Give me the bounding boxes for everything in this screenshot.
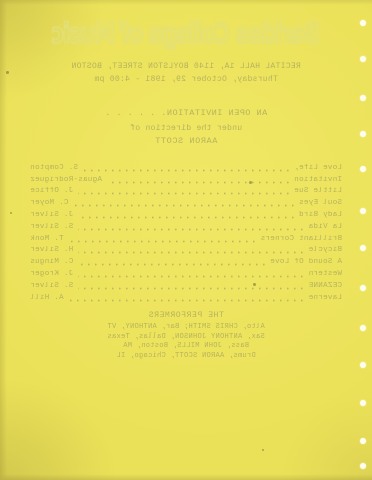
- venue-line: RECITAL HALL 1A, 1140 BOYLSTON STREET, B…: [0, 62, 372, 71]
- dotted-leader: [78, 283, 303, 290]
- paper-speck: [262, 449, 264, 451]
- program-title: Lady Bird: [299, 211, 342, 219]
- program-performer: H. Silver: [30, 246, 73, 254]
- berklee-logo-text: Berklee College of Music: [0, 18, 372, 49]
- binding-hole: [360, 325, 366, 331]
- program-performer: S. Compton: [30, 164, 78, 172]
- program-title: La Vida: [308, 223, 342, 231]
- program-title: Soul Eyes: [299, 199, 342, 207]
- program-row: Brilliant CornersT. Monk: [30, 231, 342, 243]
- program-row: WesternJ. Kroger: [30, 266, 342, 278]
- performers-heading: THE PERFORMERS: [0, 311, 372, 320]
- program-row: Little SueJ. Office: [30, 184, 342, 196]
- dotted-leader: [78, 247, 303, 254]
- dotted-leader: [78, 224, 303, 231]
- binding-hole: [360, 95, 366, 101]
- dotted-leader: [73, 200, 293, 207]
- program-title: A Sound Of Love: [270, 258, 342, 266]
- program-performer: C. Moyer: [30, 199, 68, 207]
- program-title: Invitation: [294, 176, 342, 184]
- paper-speck: [10, 212, 12, 214]
- program-performer: S. Silver: [30, 282, 73, 290]
- program-title: Love Life,: [294, 164, 342, 172]
- paper-speck: [6, 71, 9, 74]
- paper-speck: [253, 283, 256, 286]
- program-performer: J. Silver: [30, 211, 73, 219]
- paper-speck: [249, 181, 252, 184]
- program-row: BicycleH. Silver: [30, 243, 342, 255]
- direction-line: under the direction of: [0, 124, 372, 133]
- program-row: InvitationAguas-Rodriguez: [30, 172, 342, 184]
- program-title: Laverne: [308, 294, 342, 302]
- program-performer: A. Hill: [30, 294, 64, 302]
- binding-hole: [360, 208, 366, 214]
- binding-hole: [360, 400, 366, 406]
- performer-line: Bass, JOHN MILLS, Boston, MA: [0, 342, 372, 352]
- binding-hole: [360, 245, 366, 251]
- dotted-leader: [78, 259, 265, 266]
- program-title: Little Sue: [294, 187, 342, 195]
- datetime-line: Thursday, October 29, 1981 - 4:00 pm: [0, 75, 372, 84]
- program-title: Brilliant Corners: [260, 235, 342, 243]
- performer-line: Drums, AARON SCOTT, Chicago, IL: [0, 352, 372, 362]
- program-row: La VidaS. Silver: [30, 219, 342, 231]
- dotted-leader: [78, 271, 303, 278]
- scanned-program-page: Berklee College of Music RECITAL HALL 1A…: [0, 0, 372, 480]
- program-list: Love Life,S. ComptonInvitationAguas-Rodr…: [30, 160, 342, 302]
- recital-title: AN OPEN INVITATION. . . . . .: [0, 108, 372, 118]
- program-performer: J. Kroger: [30, 270, 73, 278]
- binding-hole: [360, 56, 366, 62]
- program-performer: Aguas-Rodriguez: [30, 176, 102, 184]
- bleed-through-content: Berklee College of Music RECITAL HALL 1A…: [0, 0, 372, 480]
- dotted-leader: [69, 295, 304, 302]
- performers-block: Alto, CHRIS SMITH; Bar, ANTHONY, VTSax, …: [0, 323, 372, 361]
- director-name: AARON SCOTT: [0, 136, 372, 146]
- dotted-leader: [107, 177, 289, 184]
- dotted-leader: [78, 212, 294, 219]
- performer-line: Alto, CHRIS SMITH; Bar, ANTHONY, VT: [0, 323, 372, 333]
- dotted-leader: [69, 236, 256, 243]
- dotted-leader: [78, 188, 289, 195]
- program-row: LaverneA. Hill: [30, 290, 342, 302]
- binding-hole: [360, 463, 366, 469]
- program-row: Lady BirdJ. Silver: [30, 207, 342, 219]
- program-title: Bicycle: [308, 246, 342, 254]
- binding-hole: [360, 20, 366, 26]
- performer-line: Sax, ANTHONY JOHNSON, Dallas, Texas: [0, 333, 372, 343]
- program-performer: C. Mingus: [30, 258, 73, 266]
- program-performer: T. Monk: [30, 235, 64, 243]
- binding-hole: [360, 285, 366, 291]
- program-row: Love Life,S. Compton: [30, 160, 342, 172]
- program-row: Soul EyesC. Moyer: [30, 195, 342, 207]
- program-performer: S. Silver: [30, 223, 73, 231]
- program-title: Western: [308, 270, 342, 278]
- dotted-leader: [83, 165, 289, 172]
- binding-hole: [360, 166, 366, 172]
- program-row: A Sound Of LoveC. Mingus: [30, 254, 342, 266]
- binding-hole: [360, 131, 366, 137]
- program-row: CEZANNES. Silver: [30, 278, 342, 290]
- program-title: CEZANNE: [308, 282, 342, 290]
- binding-hole: [360, 438, 366, 444]
- program-performer: J. Office: [30, 187, 73, 195]
- binding-hole: [360, 362, 366, 368]
